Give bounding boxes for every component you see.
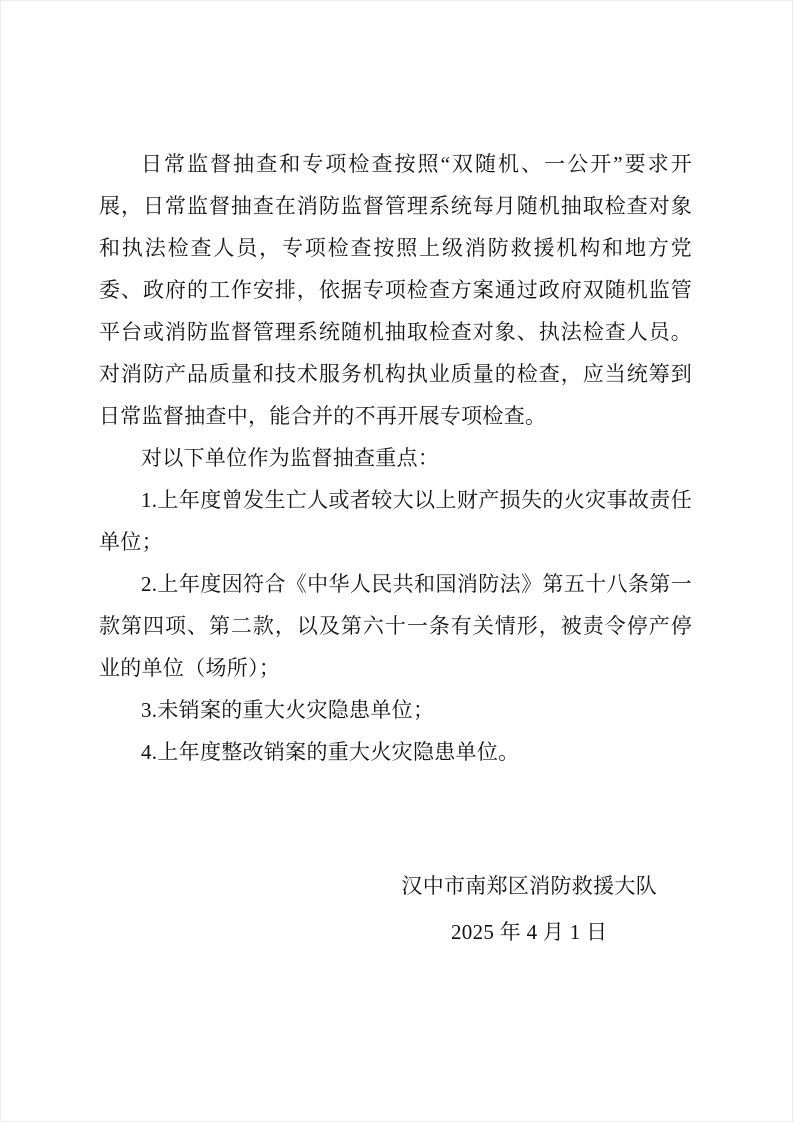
paragraph: 对以下单位作为监督抽查重点：: [99, 437, 692, 479]
paragraph: 2.上年度因符合《中华人民共和国消防法》第五十八条第一款第四项、第二款，以及第六…: [99, 563, 692, 689]
paragraph: 4.上年度整改销案的重大火灾隐患单位。: [99, 731, 692, 773]
document-paragraphs: 日常监督抽查和专项检查按照“双随机、一公开”要求开展，日常监督抽查在消防监督管理…: [99, 143, 692, 773]
document-page: 日常监督抽查和专项检查按照“双随机、一公开”要求开展，日常监督抽查在消防监督管理…: [0, 0, 793, 1122]
signature-block: 汉中市南郑区消防救援大队 2025 年 4 月 1 日: [401, 863, 657, 955]
paragraph: 日常监督抽查和专项检查按照“双随机、一公开”要求开展，日常监督抽查在消防监督管理…: [99, 143, 692, 437]
paragraph: 3.未销案的重大火灾隐患单位；: [99, 689, 692, 731]
signature-date: 2025 年 4 月 1 日: [401, 909, 657, 955]
paragraph: 1.上年度曾发生亡人或者较大以上财产损失的火灾事故责任单位；: [99, 479, 692, 563]
signature-organization: 汉中市南郑区消防救援大队: [401, 863, 657, 909]
